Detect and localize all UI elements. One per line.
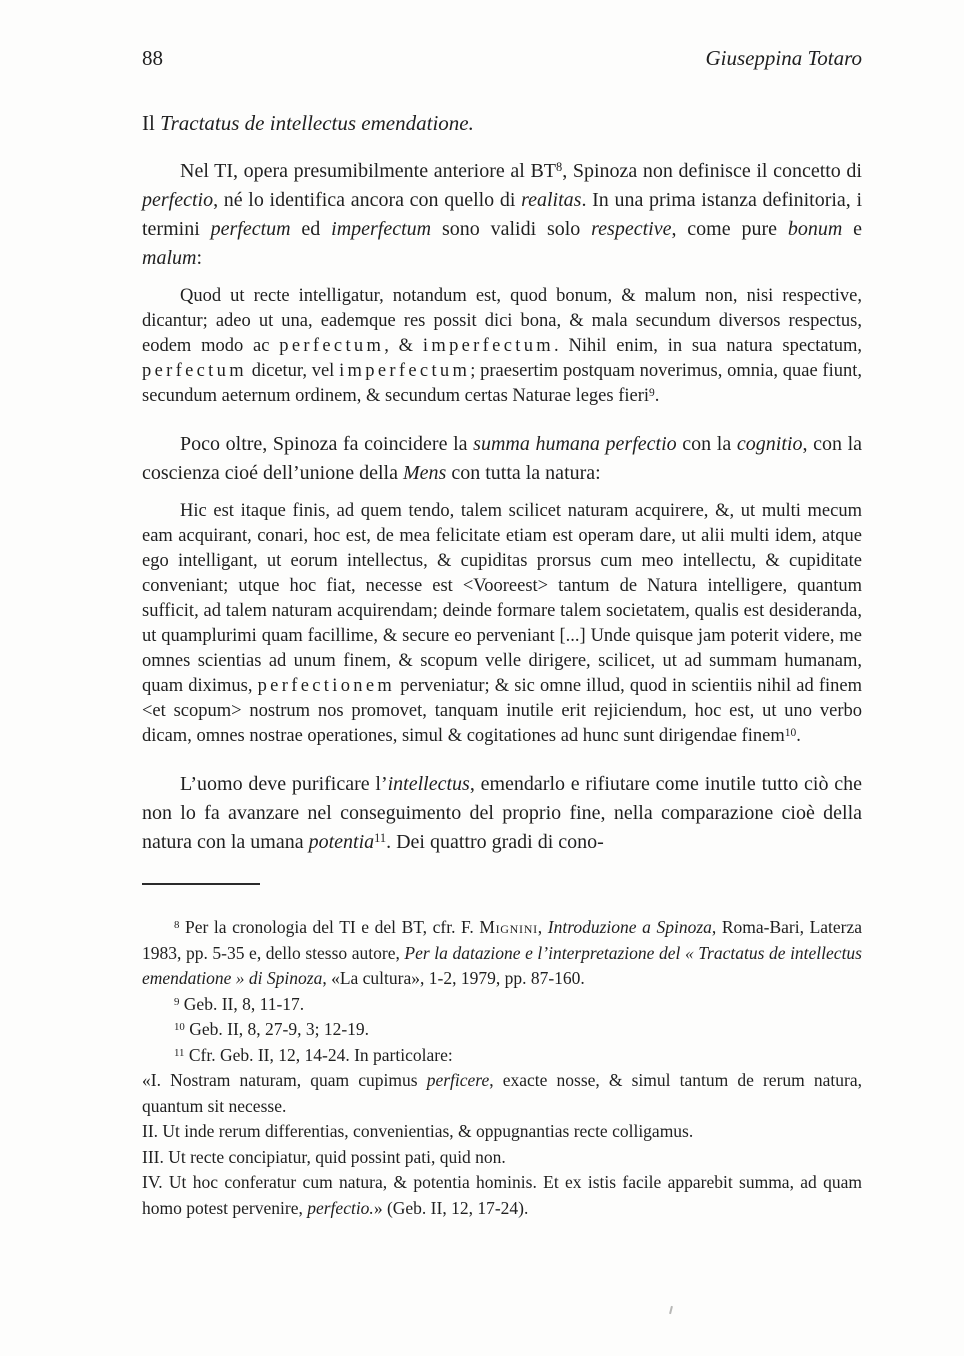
page-number: 88 — [142, 46, 163, 71]
running-header: 88 Giuseppina Totaro — [142, 46, 862, 71]
footnote-10: 10 Geb. II, 8, 27-9, 3; 12-19. — [142, 1017, 862, 1043]
paragraph-3: L’uomo deve purificare l’intellectus, em… — [142, 770, 862, 857]
paragraph-2: Poco oltre, Spinoza fa coincidere la sum… — [142, 430, 862, 488]
footnote-9: 9 Geb. II, 8, 11-17. — [142, 992, 862, 1018]
footnotes-section: 8 Per la cronologia del TI e del BT, cfr… — [142, 915, 862, 1221]
scan-artifact — [669, 1306, 673, 1314]
footnote-separator-rule — [142, 883, 260, 885]
footnote-11-item-2: II. Ut inde rerum differentias, convenie… — [142, 1119, 862, 1145]
scanned-book-page: 88 Giuseppina Totaro Il Tractatus de int… — [0, 0, 964, 1356]
page-content: 88 Giuseppina Totaro Il Tractatus de int… — [142, 46, 862, 1221]
section-title: Il Tractatus de intellectus emendatione. — [142, 111, 862, 136]
paragraph-1: Nel TI, opera presumibilmente anteriore … — [142, 157, 862, 273]
latin-quote-1: Quod ut recte intelligatur, notandum est… — [142, 284, 862, 409]
footnote-11: 11 Cfr. Geb. II, 12, 14-24. In particola… — [142, 1043, 862, 1069]
footnote-11-item-3: III. Ut recte concipiatur, quid possint … — [142, 1145, 862, 1171]
running-header-author: Giuseppina Totaro — [705, 46, 862, 71]
footnote-8: 8 Per la cronologia del TI e del BT, cfr… — [142, 915, 862, 992]
footnote-11-item-1: «I. Nostram naturam, quam cupimus perfic… — [142, 1068, 862, 1119]
footnote-11-item-4: IV. Ut hoc conferatur cum natura, & pote… — [142, 1170, 862, 1221]
latin-quote-2: Hic est itaque finis, ad quem tendo, tal… — [142, 499, 862, 749]
